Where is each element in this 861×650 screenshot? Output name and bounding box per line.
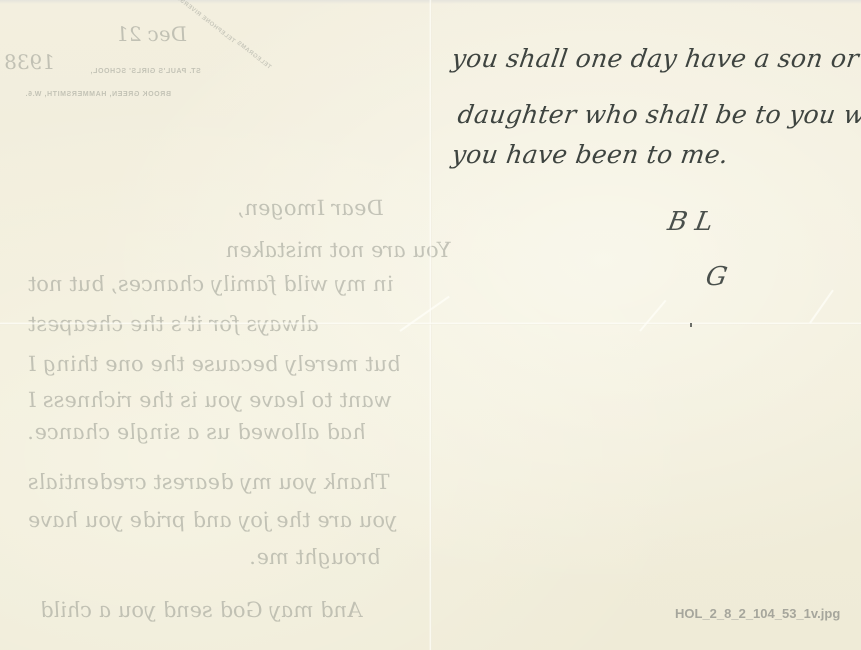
filename-watermark: HOL_2_8_2_104_53_1v.jpg [675,606,855,622]
ghost-line: You are not mistaken [224,238,452,262]
ghost-line: in my wild family chances, but not [26,272,395,296]
vertical-fold [429,0,432,650]
horizontal-fold [0,322,861,325]
letter-line: you have been to me. [450,140,730,169]
ghost-line: And may God send you a child [38,598,364,622]
ghost-line: you are the joy and pride you have [26,508,398,532]
letter-line: you shall one day have a son or [450,44,861,73]
ghost-line: brought me. [248,545,382,569]
ghost-line: but merely because the one thing I [26,352,402,376]
ghost-date: Dec 21 [114,22,188,46]
ghost-line: want to leave you is the richness I [26,388,393,412]
ghost-year: 1938 [2,50,56,74]
ghost-line: Thank you my dearest credentials [26,470,391,494]
letter-line: daughter who shall be to you what [456,100,861,129]
ghost-line: had allowed us a single chance. [26,420,367,444]
ghost-letterhead-line-1: ST. PAUL'S GIRLS' SCHOOL, [90,68,201,75]
ghost-letterhead-line-2: BROOK GREEN, HAMMERSMITH, W.6. [25,91,171,98]
ghost-salutation: Dear Imogen, [236,196,385,220]
ink-speck [690,323,692,327]
signature-initials: B L [665,207,715,237]
